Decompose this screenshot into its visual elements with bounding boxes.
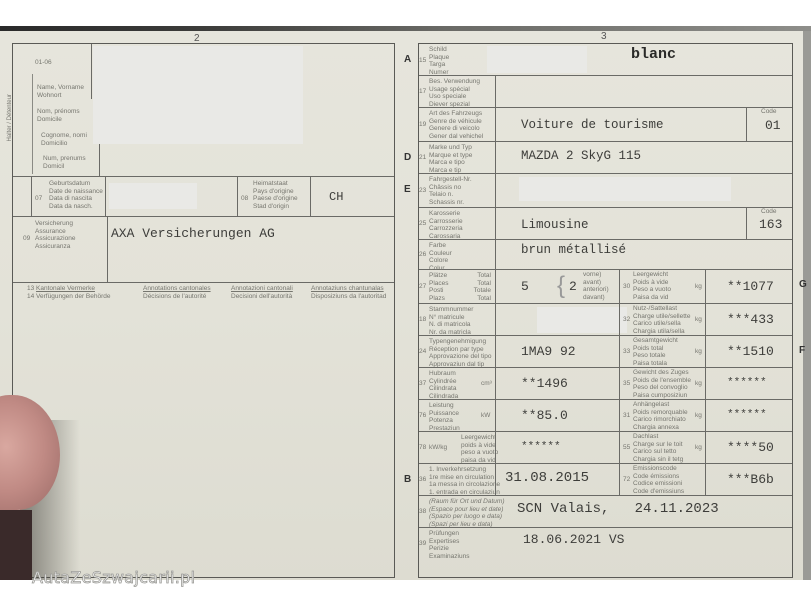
body-row: 25 KarosserieCarrosserie CarrozzeriaCaro… (419, 208, 792, 240)
insurance-row: 09 VersicherungAssurance AssicurazioneAs… (13, 217, 394, 283)
special-use-row: 17 Bes. VerwendungUsage spécial Uso spec… (419, 76, 792, 108)
body-code: 163 (759, 217, 782, 232)
first-registration-row: B 36 1. Inverkehrsetzung1re mise en circ… (419, 464, 792, 496)
total-weight-value: **1510 (727, 344, 774, 359)
cantonal-notes-header: 13 Kantonale Vermerke 14 Verfügungen der… (13, 284, 394, 304)
train-weight-value: ****** (727, 377, 767, 389)
holder-name-redacted (93, 46, 303, 144)
plate-number-redacted (487, 46, 587, 73)
place-date-value: SCN Valais, 24.11.2023 (517, 501, 719, 517)
insurance-label: VersicherungAssurance AssicurazioneAssic… (35, 220, 75, 250)
weight-row-roof: 55 DachlastCharge sur le toit Carico sul… (619, 432, 794, 464)
holder-label-it: Cognome, nomiDomicilio (41, 132, 87, 147)
right-edge (803, 31, 811, 581)
holder-field-number: 01-06 (35, 59, 52, 67)
matricule-redacted (537, 307, 627, 333)
place-date-row: 38 (Raum für Ort und Datum)(Espace pour … (419, 496, 792, 528)
vehicle-type-row: 19 Art des FahrzeugsGenre de véhicule Ge… (419, 108, 792, 142)
color-row: 26 FarbeCouleur ColoreColur brun métalli… (419, 240, 792, 270)
type-approval-value: 1MA9 92 (521, 344, 576, 359)
plate-row: A 15 SchildPlaque TargaNumer blanc (419, 44, 792, 76)
weight-row-train: 35 Gewicht des ZugesPoids de l'ensemble … (619, 368, 794, 400)
page-number-right: 3 (601, 31, 607, 42)
weight-row-empty: 30 LeergewichtPoids à vide Peso a vuotoP… (619, 270, 794, 304)
trailer-load-value: ****** (727, 409, 767, 421)
inspections-value: 18.06.2021 VS (523, 532, 624, 547)
emission-code-value: ***B6b (727, 472, 774, 487)
weight-row-trailer: 31 AnhängelastPoids remorquable Carico r… (619, 400, 794, 432)
make-model-row: D 21 Marke und TypMarque et type Marca e… (419, 142, 792, 174)
birth-label: GeburtsdatumDate de naissance Data di na… (49, 180, 103, 210)
vehicle-type-code: 01 (765, 118, 781, 133)
holder-vertical-label: Halter / Détenteur (15, 74, 33, 174)
insurance-value: AXA Versicherungen AG (111, 226, 275, 241)
holder-section: Halter / Détenteur 01-06 Name, VornameWo… (13, 44, 394, 177)
birth-date-redacted (109, 183, 197, 209)
plate-value: blanc (631, 46, 676, 63)
chassis-number-redacted (519, 177, 731, 201)
watermark: AutaZeSzwajcarii.pl (32, 568, 195, 587)
origin-label: HeimatstaatPays d'origine Paese d'origin… (253, 180, 298, 210)
holder-label-fr: Nom, prénomsDomicile (37, 108, 80, 123)
first-registration-value: 31.08.2015 (505, 470, 589, 486)
inspections-row: 39 PrüfungenExpertises PerizieExaminaziu… (419, 528, 792, 578)
weight-row-payload: 32 Nutz-/SattellastCharge utile/sellette… (619, 304, 794, 336)
body-value: Limousine (521, 218, 589, 232)
displacement-value: **1496 (521, 376, 568, 391)
right-page: A 15 SchildPlaque TargaNumer blanc 17 Be… (418, 43, 793, 578)
payload-value: ***433 (727, 312, 774, 327)
seats-total: 5 (521, 279, 529, 294)
chassis-row: E 23 Fahrgestell-Nr.Châssis no Telaio n.… (419, 174, 792, 208)
make-model-value: MAZDA 2 SkyG 115 (521, 149, 641, 163)
color-value: brun métallisé (521, 243, 626, 257)
holder-label-de: Name, VornameWohnort (37, 84, 84, 99)
seats-front: 2 (569, 279, 577, 294)
empty-weight-value: **1077 (727, 279, 774, 294)
ratio-value: ****** (521, 441, 561, 453)
roof-load-value: ****50 (727, 440, 774, 455)
birth-origin-row: 07 GeburtsdatumDate de naissance Data di… (13, 177, 394, 217)
top-background (0, 0, 811, 27)
holder-label-rm: Num, prenumsDomicil (43, 155, 86, 170)
dark-corner (0, 510, 32, 580)
origin-value: CH (329, 190, 343, 204)
weight-row-total: 33 GesamtgewichtPoids total Peso totaleP… (619, 336, 794, 368)
vehicle-type-value: Voiture de tourisme (521, 118, 664, 132)
power-value: **85.0 (521, 408, 568, 423)
